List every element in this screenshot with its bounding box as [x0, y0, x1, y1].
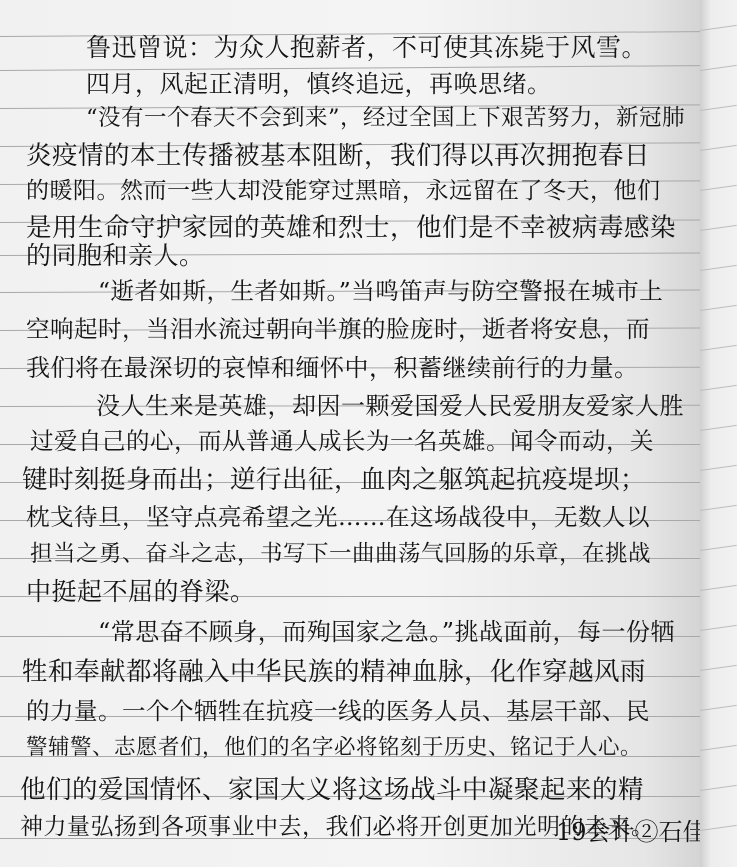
ruled-line — [700, 145, 737, 151]
text-line: 鲁迅曾说：为众人抱薪者，不可使其冻毙于风雪。 — [86, 28, 647, 64]
ruled-line — [700, 545, 737, 551]
text-line: 没人生来是英雄，却因一颗爱国爱人民爱朋友爱家人胜 — [96, 386, 684, 421]
text-line: 警辅警、志愿者们，他们的名字必将铭刻于历史、铭记于人心。 — [26, 730, 642, 761]
text-line: 中挺起不屈的脊梁。 — [26, 572, 256, 608]
text-line: 的暖阳。然而一些人却没能穿过黑暗，永远留在了冬天，他们 — [26, 172, 661, 205]
notebook-page: 鲁迅曾说：为众人抱薪者，不可使其冻毙于风雪。 四月，风起正清明，慎终追远，再唤思… — [0, 0, 700, 867]
ruled-line — [700, 385, 737, 391]
ruled-line — [700, 305, 737, 311]
text-line: 牲和奉献都将融入中华民族的精神血脉，化作穿越风雨 — [22, 652, 646, 688]
ruled-line — [700, 465, 737, 471]
author-signature: 19会计②石佳艺 — [556, 812, 700, 847]
ruled-line — [700, 665, 737, 671]
text-line: 空响起时，当泪水流过朝向半旗的脸庞时，逝者将安息，而 — [26, 310, 650, 344]
ruled-line — [700, 785, 737, 791]
ruled-line — [700, 745, 737, 751]
ruled-line — [700, 265, 737, 271]
ruled-line — [700, 105, 737, 111]
text-line: 过爱自己的心，而从普通人成长为一名英雄。闻令而动，关 — [30, 422, 654, 456]
text-line: 担当之勇、奋斗之志，书写下一曲曲荡气回肠的乐章，在挑战 — [30, 536, 651, 568]
text-line: “没有一个春天不会到来”，经过全国上下艰苦努力，新冠肺 — [86, 100, 685, 132]
ruled-line — [700, 505, 737, 511]
ruled-line — [700, 705, 737, 711]
text-line: 的同胞和亲人。 — [26, 236, 205, 272]
text-line: 我们将在最深切的哀悼和缅怀中，积蓄继续前行的力量。 — [26, 348, 639, 383]
ruled-line — [700, 825, 737, 831]
ruled-line — [700, 625, 737, 631]
ruled-line — [700, 225, 737, 231]
text-line: “常思奋不顾身，而殉国家之急。”挑战面前，每一份牺 — [98, 612, 675, 647]
ruled-line — [700, 585, 737, 591]
text-line: 的力量。一个个牺牲在抗疫一线的医务人员、基层干部、民 — [26, 692, 650, 726]
text-line: 键时刻挺身而出；逆行出征，血肉之躯筑起抗疫堤坝； — [22, 460, 646, 496]
ruled-line — [700, 65, 737, 71]
ruled-line — [700, 25, 737, 31]
text-line: 四月，风起正清明，慎终追远，再唤思绪。 — [86, 64, 552, 99]
ruled-line — [700, 185, 737, 191]
ruled-line — [700, 345, 737, 351]
text-line: “逝者如斯，生者如斯。”当鸣笛声与防空警报在城市上 — [98, 272, 663, 306]
ruled-line — [700, 425, 737, 431]
text-line: 枕戈待旦，坚守点亮希望之光……在这场战役中，无数人以 — [26, 498, 650, 532]
adjacent-page-edge — [700, 0, 737, 867]
text-line: 炎疫情的本土传播被基本阻断，我们得以再次拥抱春日 — [26, 136, 650, 172]
text-line: 他们的爱国情怀、家国大义将这场战斗中凝聚起来的精 — [20, 770, 644, 806]
